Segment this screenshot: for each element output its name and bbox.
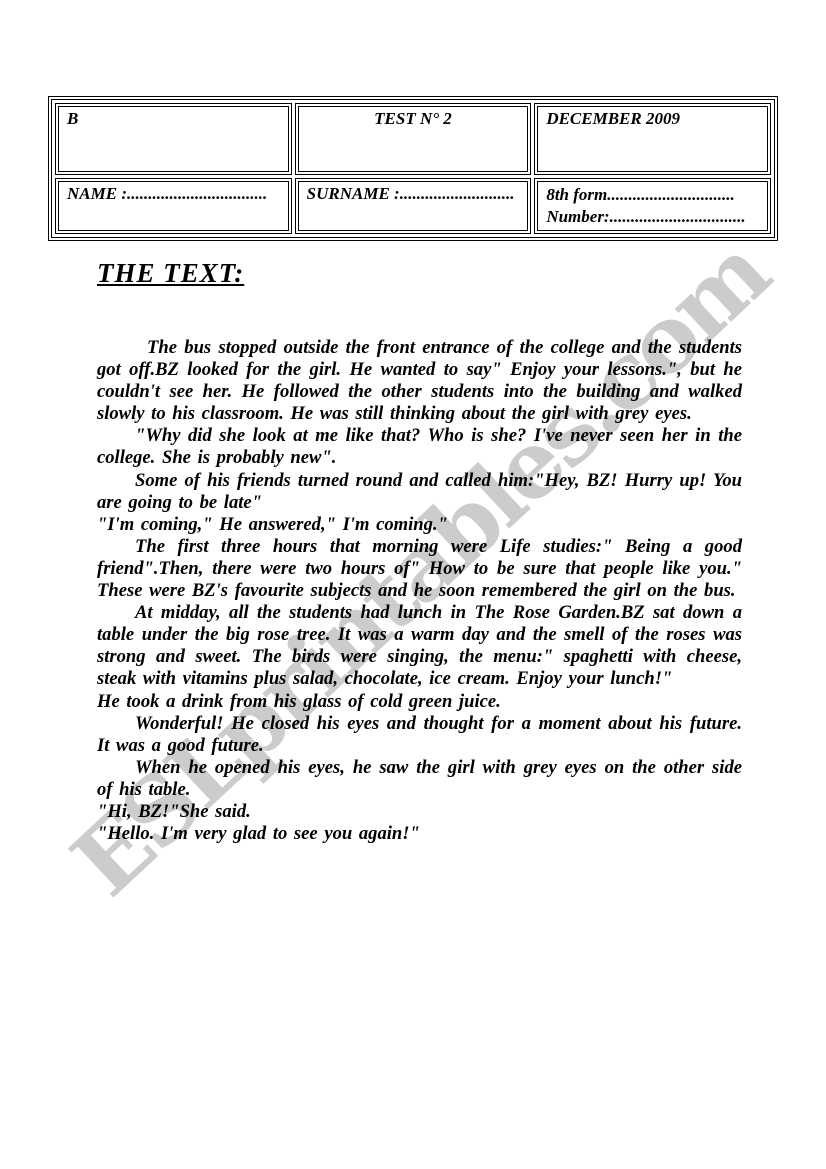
passage-paragraph: He took a drink from his glass of cold g… [97,691,742,713]
passage-paragraph: "Hi, BZ!"She said. [97,801,742,823]
class-cell: B [55,103,292,175]
name-cell: NAME :................................. [55,178,292,234]
form-field: 8th form.............................. [546,184,759,206]
reading-passage: The bus stopped outside the front entran… [97,337,742,845]
document-page: ESLprintables.com B TEST N° 2 DECEMBER 2… [0,0,826,1169]
passage-paragraph: Some of his friends turned round and cal… [97,470,742,514]
passage-paragraph: When he opened his eyes, he saw the girl… [97,757,742,801]
surname-cell: SURNAME :........................... [295,178,532,234]
test-title: TEST N° 2 [374,109,452,128]
passage-paragraph: "Why did she look at me like that? Who i… [97,425,742,469]
form-number-cell: 8th form.............................. N… [534,178,771,234]
class-label: B [67,109,78,128]
passage-paragraph: At midday, all the students had lunch in… [97,602,742,690]
passage-paragraph: "I'm coming," He answered," I'm coming." [97,514,742,536]
test-title-cell: TEST N° 2 [295,103,532,175]
header-table: B TEST N° 2 DECEMBER 2009 NAME :........… [48,96,778,241]
passage-paragraph: The first three hours that morning were … [97,536,742,602]
section-heading: THE TEXT: [97,258,742,289]
document-body: THE TEXT: The bus stopped outside the fr… [97,258,742,845]
date-cell: DECEMBER 2009 [534,103,771,175]
passage-paragraph: "Hello. I'm very glad to see you again!" [97,823,742,845]
name-field: NAME :................................. [67,184,267,203]
date-label: DECEMBER 2009 [546,109,759,131]
passage-paragraph: Wonderful! He closed his eyes and though… [97,713,742,757]
surname-field: SURNAME :........................... [307,184,515,203]
number-field: Number:................................ [546,206,759,228]
passage-paragraph: The bus stopped outside the front entran… [97,337,742,425]
